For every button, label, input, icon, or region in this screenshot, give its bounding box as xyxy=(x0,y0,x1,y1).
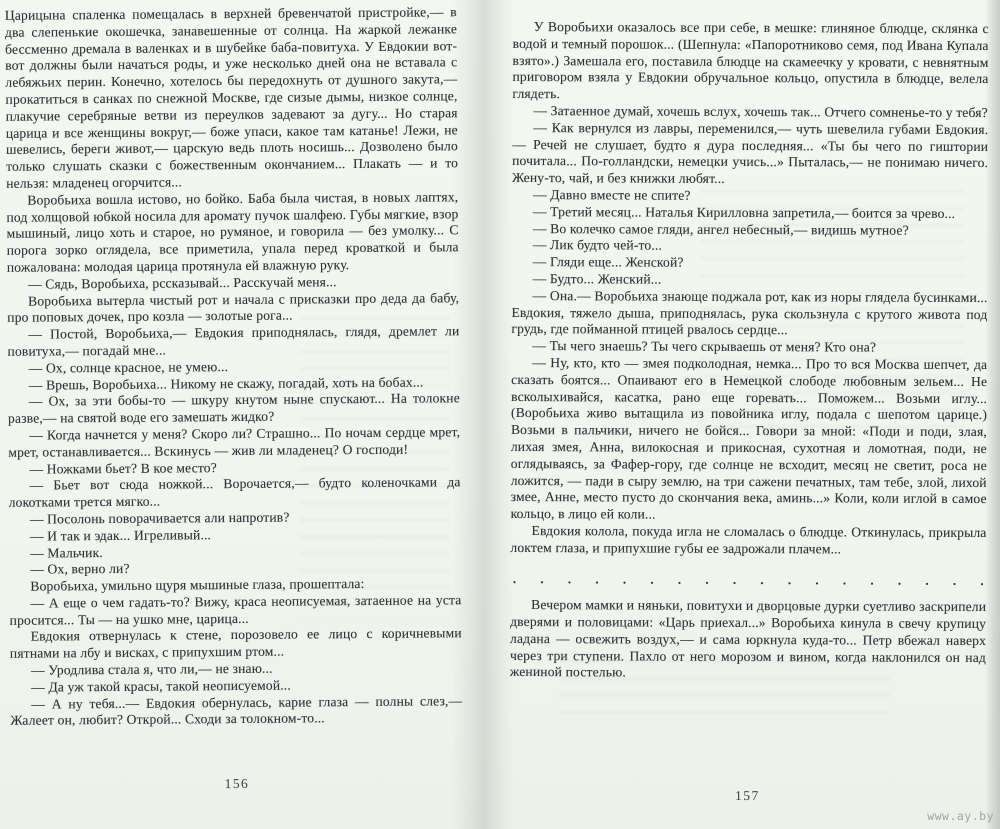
paragraph: Воробьиха вытерла чистый рот и начала с … xyxy=(7,290,459,327)
book-scan: Царицына спаленка помещалась в верхней б… xyxy=(0,0,1000,829)
paragraph: — Будто... Женский... xyxy=(512,271,988,290)
paragraph: — А еще о чем гадать-то? Вижу, краса нео… xyxy=(9,592,461,629)
watermark: www.ay.by xyxy=(927,809,994,823)
paragraph: У Воробьихи оказалось все при себе, в ме… xyxy=(512,19,988,105)
paragraph: — Во колечко самое гляди, ангел небесный… xyxy=(512,221,988,240)
paragraph: Евдокия колола, покуда игла не сломалась… xyxy=(510,523,986,559)
paragraph: Воробьиха вошла истово, но бойко. Баба б… xyxy=(6,189,459,277)
paragraph: — А ну тебя...— Евдокия обернулась, кари… xyxy=(10,693,462,730)
paragraph: — Лик будто чей-то... xyxy=(512,237,988,256)
paragraph: — Ох, за эти бобы-то — шкуру кнутом ныне… xyxy=(8,391,460,428)
page-right-text-block: У Воробьихи оказалось все при себе, в ме… xyxy=(510,19,989,763)
page-right: У Воробьихи оказалось все при себе, в ме… xyxy=(509,19,988,823)
section-break-dots: . . . . . . . . . . . . . . . . . . xyxy=(512,570,984,589)
paragraph: — Когда начнется у меня? Скоро ли? Страш… xyxy=(8,424,460,461)
paragraph: Евдокия отвернулась к стене, порозовело … xyxy=(10,626,462,663)
page-left: Царицына спаленка помещалась в верхней б… xyxy=(5,4,463,824)
page-number-right: 157 xyxy=(509,787,985,805)
paragraph: Царицына спаленка помещалась в верхней б… xyxy=(5,4,458,192)
paragraph: — Ну, кто, кто — змея подколодная, немка… xyxy=(511,355,988,525)
paragraph: — Постой, Воробьиха,— Евдокия приподняла… xyxy=(7,323,459,360)
paragraph: — Гляди еще... Женской? xyxy=(512,254,988,273)
paragraph: — Давно вместе не спите? xyxy=(512,187,988,206)
page-number-left: 156 xyxy=(11,774,463,794)
paragraph: — Третий месяц... Наталья Кирилловна зап… xyxy=(512,204,988,223)
paragraph: — Она.— Воробьиха знающе поджала рот, ка… xyxy=(511,288,987,340)
paragraph: — Ты чего знаешь? Ты чего скрываешь от м… xyxy=(511,338,987,357)
paragraph: Вечером мамки и няньки, повитухи и дворц… xyxy=(510,597,986,683)
page-left-text-block: Царицына спаленка помещалась в верхней б… xyxy=(5,4,463,766)
paragraph: — Бьет вот сюда ножкой... Ворочается,— б… xyxy=(8,475,460,512)
paragraph: — Как вернулся из лавры, переменился,— ч… xyxy=(512,120,988,189)
paragraph: — Затаенное думай, хочешь вслух, хочешь … xyxy=(512,103,988,122)
